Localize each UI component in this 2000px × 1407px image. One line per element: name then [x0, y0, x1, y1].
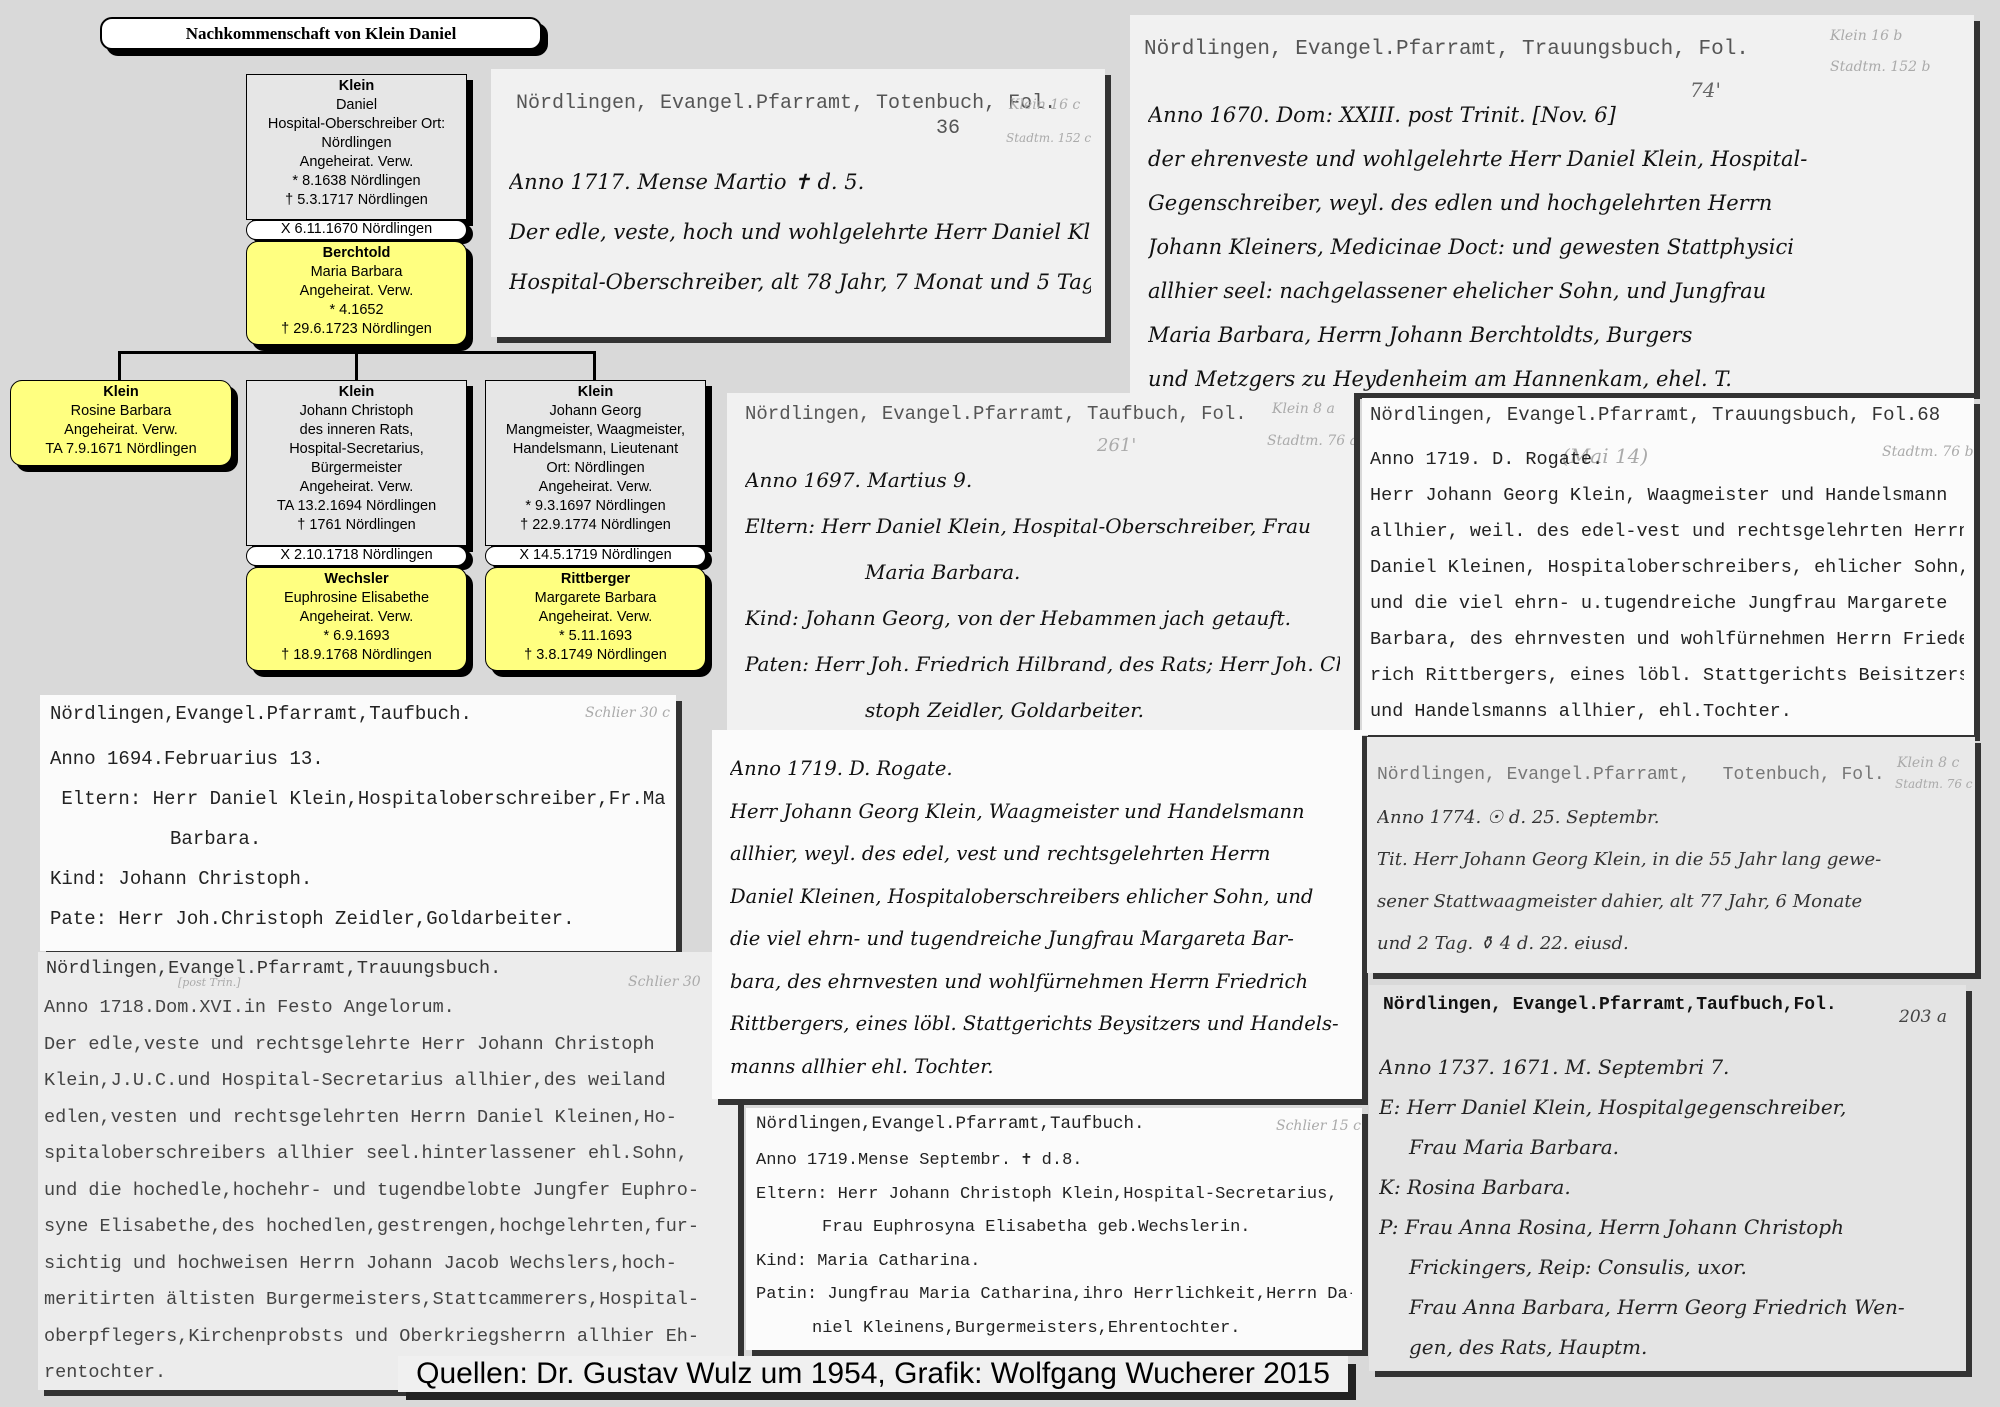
- text-line: Pate: Herr Joh.Christoph Zeidler,Goldarb…: [50, 899, 666, 939]
- document-taufbuch-1671: Nördlingen, Evangel.Pfarramt,Taufbuch,Fo…: [1369, 985, 1966, 1371]
- document-header: Nördlingen, Evangel.Pfarramt,Taufbuch,Fo…: [1383, 995, 1837, 1015]
- document-text: Anno 1718.Dom.XVI.in Festo Angelorum. De…: [44, 990, 728, 1390]
- text-line: und die hochedle,hochehr- und tugendbelo…: [44, 1173, 728, 1210]
- archive-note: Schlier 30: [628, 974, 701, 990]
- text-line: Frickingers, Reip: Consulis, uxor.: [1379, 1247, 1952, 1287]
- text-line: rich Rittbergers, eines löbl. Stattgeric…: [1370, 658, 1964, 694]
- text-line: Kind: Johann Christoph.: [50, 859, 666, 899]
- text-line: Herr Johann Georg Klein, Waagmeister und…: [1370, 478, 1964, 514]
- person-line: Bürgermeister: [247, 459, 466, 478]
- document-header: Nördlingen, Evangel.Pfarramt, Totenbuch,…: [516, 92, 1056, 115]
- surname: Rittberger: [486, 570, 705, 589]
- person-line: Nördlingen: [247, 134, 466, 153]
- text-line: Maria Barbara, Herrn Johann Berchtoldts,…: [1148, 313, 1960, 357]
- document-folio: 36: [936, 117, 960, 140]
- person-line: † 18.9.1768 Nördlingen: [247, 646, 466, 665]
- text-line: und 2 Tag. ⚱ 4 d. 22. eiusd.: [1377, 923, 1961, 965]
- text-line: Frau Maria Barbara.: [1379, 1127, 1952, 1167]
- person-line: Handelsmann, Lieutenant: [486, 440, 705, 459]
- text-line: und Metzgers zu Heydenheim am Hannenkam,…: [1148, 357, 1960, 393]
- text-line: Patin: Jungfrau Maria Catharina,ihro Her…: [756, 1278, 1352, 1312]
- text-line: und Handelsmanns allhier, ehl.Tochter.: [1370, 694, 1964, 730]
- document-header: Nördlingen,Evangel.Pfarramt,Trauungsbuch…: [46, 958, 501, 979]
- document-header: Nördlingen, Evangel.Pfarramt, Totenbuch,…: [1377, 765, 1885, 785]
- document-totenbuch-1717: Nördlingen, Evangel.Pfarramt, Totenbuch,…: [491, 69, 1105, 337]
- text-line: Anno 1697. Martius 9.: [745, 457, 1340, 503]
- text-line: Eltern: Herr Daniel Klein, Hospital-Ober…: [745, 503, 1340, 549]
- document-text: Anno 1670. Dom: XXIII. post Trinit. [Nov…: [1148, 93, 1960, 393]
- text-line: K: Rosina Barbara.: [1379, 1167, 1952, 1207]
- text-line: Anno 1694.Februarius 13.: [50, 739, 666, 779]
- archive-note: Klein 8 c: [1897, 755, 1959, 771]
- text-line: Barbara.: [50, 819, 666, 859]
- text-line: Der edle, veste, hoch und wohlgelehrte H…: [509, 207, 1091, 257]
- text-line: meritirten ältisten Burgermeisters,Statt…: [44, 1282, 728, 1319]
- text-line: Der edle,veste und rechtsgelehrte Herr J…: [44, 1027, 728, 1064]
- document-header: Nördlingen,Evangel.Pfarramt,Taufbuch.: [756, 1114, 1145, 1134]
- person-line: † 29.6.1723 Nördlingen: [247, 320, 466, 339]
- text-line: Anno 1718.Dom.XVI.in Festo Angelorum.: [44, 990, 728, 1027]
- text-line: P: Frau Anna Rosina, Herrn Johann Christ…: [1379, 1207, 1952, 1247]
- text-line: Kind: Johann Georg, von der Hebammen jac…: [745, 595, 1340, 641]
- surname: Klein: [486, 383, 705, 402]
- text-line: Hospital-Oberschreiber, alt 78 Jahr, 7 M…: [509, 257, 1091, 307]
- archive-note: [post Trin.]: [178, 976, 241, 989]
- person-line: Margarete Barbara: [486, 589, 705, 608]
- person-line: * 8.1638 Nördlingen: [247, 172, 466, 191]
- person-line: Johann Christoph: [247, 402, 466, 421]
- document-text: Anno 1737. 1671. M. Septembri 7. E: Herr…: [1379, 1047, 1952, 1367]
- document-folio: 261': [1097, 435, 1136, 456]
- document-text: Anno 1719. D. Rogate. Herr Johann Georg …: [1370, 442, 1964, 730]
- text-line: Rittbergers, eines löbl. Stattgerichts B…: [730, 1003, 1348, 1046]
- archive-note: Klein 16 c: [1009, 97, 1080, 113]
- text-line: allhier, weyl. des edel, vest und rechts…: [730, 833, 1348, 876]
- document-text: Anno 1719. D. Rogate. Herr Johann Georg …: [730, 748, 1348, 1088]
- document-text: Anno 1717. Mense Martio ✝ d. 5. Der edle…: [509, 157, 1091, 307]
- text-line: stoph Zeidler, Goldarbeiter.: [745, 687, 1340, 733]
- document-text: Anno 1694.Februarius 13. Eltern: Herr Da…: [50, 739, 666, 939]
- text-line: Johann Kleiners, Medicinae Doct: und gew…: [1148, 225, 1960, 269]
- person-box-johann-christoph-klein[interactable]: Klein Johann Christoph des inneren Rats,…: [246, 380, 467, 546]
- person-line: TA 13.2.1694 Nördlingen: [247, 497, 466, 516]
- person-line: Ort: Nördlingen: [486, 459, 705, 478]
- text-line: Eltern: Herr Johann Christoph Klein,Hosp…: [756, 1178, 1352, 1212]
- person-line: des inneren Rats,: [247, 421, 466, 440]
- text-line: Eltern: Herr Daniel Klein,Hospitalobersc…: [50, 779, 666, 819]
- document-header: Nördlingen, Evangel.Pfarramt, Trauungsbu…: [1144, 38, 1749, 61]
- text-line: oberpflegers,Kirchenprobsts und Oberkrie…: [44, 1319, 728, 1356]
- document-text: Anno 1697. Martius 9. Eltern: Herr Danie…: [745, 457, 1340, 733]
- marriage-pill-johann-georg: X 14.5.1719 Nördlingen: [485, 546, 706, 566]
- document-taufbuch-1694: Nördlingen,Evangel.Pfarramt,Taufbuch. Sc…: [40, 695, 676, 951]
- person-line: Angeheirat. Verw.: [247, 478, 466, 497]
- person-line: Mangmeister, Waagmeister,: [486, 421, 705, 440]
- archive-note: Klein 16 b: [1830, 28, 1902, 44]
- person-line: Hospital-Secretarius,: [247, 440, 466, 459]
- text-line: syne Elisabethe,des hochedlen,gestrengen…: [44, 1209, 728, 1246]
- text-line: Gegenschreiber, weyl. des edlen und hoch…: [1148, 181, 1960, 225]
- marriage-pill-johann-christoph: X 2.10.1718 Nördlingen: [246, 546, 467, 566]
- person-box-rosine-barbara-klein[interactable]: Klein Rosine Barbara Angeheirat. Verw. T…: [10, 380, 232, 466]
- document-totenbuch-1774: Nördlingen, Evangel.Pfarramt, Totenbuch,…: [1367, 737, 1975, 973]
- connector-line: [593, 351, 596, 381]
- person-line: † 22.9.1774 Nördlingen: [486, 516, 705, 535]
- document-folio: 203 a: [1899, 1007, 1947, 1027]
- person-box-daniel-klein[interactable]: Klein Daniel Hospital-Oberschreiber Ort:…: [246, 74, 467, 220]
- text-line: Klein,J.U.C.und Hospital-Secretarius all…: [44, 1063, 728, 1100]
- connector-line: [355, 351, 358, 381]
- surname: Wechsler: [247, 570, 466, 589]
- sources-caption: Quellen: Dr. Gustav Wulz um 1954, Grafik…: [398, 1356, 1348, 1392]
- document-trauungsbuch-1718: Nördlingen,Evangel.Pfarramt,Trauungsbuch…: [38, 952, 738, 1390]
- archive-note: Klein 8 a: [1272, 401, 1335, 417]
- text-line: der ehrenveste und wohlgelehrte Herr Dan…: [1148, 137, 1960, 181]
- person-line: Angeheirat. Verw.: [247, 282, 466, 301]
- person-line: Angeheirat. Verw.: [247, 608, 466, 627]
- text-line: Anno 1737. 1671. M. Septembri 7.: [1379, 1047, 1952, 1087]
- document-text: Anno 1774. ☉ d. 25. Septembr. Tit. Herr …: [1377, 797, 1961, 965]
- person-line: Angeheirat. Verw.: [11, 421, 231, 440]
- surname: Klein: [247, 383, 466, 402]
- document-header: Nördlingen,Evangel.Pfarramt,Taufbuch.: [50, 703, 472, 725]
- text-line: Paten: Herr Joh. Friedrich Hilbrand, des…: [745, 641, 1340, 687]
- text-line: Herr Johann Georg Klein, Waagmeister und…: [730, 791, 1348, 834]
- person-line: * 4.1652: [247, 301, 466, 320]
- person-line: Hospital-Oberschreiber Ort:: [247, 115, 466, 134]
- person-box-maria-barbara-berchtold[interactable]: Berchtold Maria Barbara Angeheirat. Verw…: [246, 241, 467, 345]
- text-line: Anno 1719. D. Rogate.: [730, 748, 1348, 791]
- document-header: Nördlingen, Evangel.Pfarramt, Taufbuch, …: [745, 403, 1247, 425]
- text-line: spitaloberschreibers allhier seel.hinter…: [44, 1136, 728, 1173]
- person-line: * 9.3.1697 Nördlingen: [486, 497, 705, 516]
- person-line: Angeheirat. Verw.: [486, 608, 705, 627]
- document-header: Nördlingen, Evangel.Pfarramt, Trauungsbu…: [1370, 404, 1940, 426]
- connector-line: [118, 351, 121, 381]
- chart-title: Nachkommenschaft von Klein Daniel: [100, 17, 542, 50]
- surname: Klein: [247, 77, 466, 96]
- person-line: * 5.11.1693: [486, 627, 705, 646]
- document-trauungsbuch-1719-typed: Nördlingen, Evangel.Pfarramt, Trauungsbu…: [1362, 398, 1974, 735]
- text-line: Anno 1719.Mense Septembr. ✝ d.8.: [756, 1144, 1352, 1178]
- text-line: sichtig und hochweisen Herrn Johann Jaco…: [44, 1246, 728, 1283]
- text-line: Daniel Kleinen, Hospitaloberschreibers, …: [1370, 550, 1964, 586]
- document-taufbuch-1719: Nördlingen,Evangel.Pfarramt,Taufbuch. Sc…: [746, 1108, 1362, 1350]
- surname: Klein: [11, 383, 231, 402]
- text-line: edlen,vesten und rechtsgelehrten Herrn D…: [44, 1100, 728, 1137]
- archive-note: Stadtm. 76 a: [1267, 433, 1354, 449]
- person-line: † 5.3.1717 Nördlingen: [247, 191, 466, 210]
- person-line: TA 7.9.1671 Nördlingen: [11, 440, 231, 459]
- text-line: manns allhier ehl. Tochter.: [730, 1046, 1348, 1089]
- text-line: Anno 1670. Dom: XXIII. post Trinit. [Nov…: [1148, 93, 1960, 137]
- person-line: † 3.8.1749 Nördlingen: [486, 646, 705, 665]
- person-line: Angeheirat. Verw.: [486, 478, 705, 497]
- person-box-euphrosine-elisabethe-wechsler[interactable]: Wechsler Euphrosine Elisabethe Angeheira…: [246, 567, 467, 671]
- person-line: Angeheirat. Verw.: [247, 153, 466, 172]
- text-line: gen, des Rats, Hauptm.: [1379, 1327, 1952, 1367]
- text-line: Anno 1719. D. Rogate.: [1370, 442, 1964, 478]
- document-trauungsbuch-1670: Nördlingen, Evangel.Pfarramt, Trauungsbu…: [1130, 15, 1974, 393]
- document-text: Anno 1719.Mense Septembr. ✝ d.8. Eltern:…: [756, 1144, 1352, 1345]
- text-line: bara, des ehrnvesten und wohlfürnehmen H…: [730, 961, 1348, 1004]
- person-box-margarete-barbara-rittberger[interactable]: Rittberger Margarete Barbara Angeheirat.…: [485, 567, 706, 671]
- text-line: Tit. Herr Johann Georg Klein, in die 55 …: [1377, 839, 1961, 881]
- text-line: Kind: Maria Catharina.: [756, 1245, 1352, 1279]
- text-line: sener Stattwaagmeister dahier, alt 77 Ja…: [1377, 881, 1961, 923]
- archive-note: Stadtm. 152 c: [1006, 131, 1091, 145]
- person-box-johann-georg-klein[interactable]: Klein Johann Georg Mangmeister, Waagmeis…: [485, 380, 706, 546]
- text-line: Maria Barbara.: [745, 549, 1340, 595]
- person-line: Maria Barbara: [247, 263, 466, 282]
- document-taufbuch-1697: Nördlingen, Evangel.Pfarramt, Taufbuch, …: [727, 393, 1354, 735]
- person-line: * 6.9.1693: [247, 627, 466, 646]
- text-line: niel Kleinens,Burgermeisters,Ehrentochte…: [756, 1312, 1352, 1346]
- document-trauungsbuch-1719-handwritten: Anno 1719. D. Rogate. Herr Johann Georg …: [712, 730, 1362, 1099]
- person-line: Euphrosine Elisabethe: [247, 589, 466, 608]
- archive-note: Stadtm. 152 b: [1830, 59, 1930, 75]
- person-line: Rosine Barbara: [11, 402, 231, 421]
- archive-note: Stadtm. 76 c: [1895, 777, 1973, 791]
- text-line: E: Herr Daniel Klein, Hospitalgegenschre…: [1379, 1087, 1952, 1127]
- text-line: die viel ehrn- und tugendreiche Jungfrau…: [730, 918, 1348, 961]
- archive-note: Schlier 15 c: [1276, 1118, 1361, 1134]
- text-line: Frau Anna Barbara, Herrn Georg Friedrich…: [1379, 1287, 1952, 1327]
- text-line: Frau Euphrosyna Elisabetha geb.Wechsleri…: [756, 1211, 1352, 1245]
- text-line: Anno 1774. ☉ d. 25. Septembr.: [1377, 797, 1961, 839]
- text-line: allhier seel: nachgelassener ehelicher S…: [1148, 269, 1960, 313]
- person-line: † 1761 Nördlingen: [247, 516, 466, 535]
- text-line: Barbara, des ehrnvesten und wohlfürnehme…: [1370, 622, 1964, 658]
- marriage-pill-daniel: X 6.11.1670 Nördlingen: [246, 220, 467, 240]
- text-line: allhier, weil. des edel-vest und rechtsg…: [1370, 514, 1964, 550]
- person-line: Daniel: [247, 96, 466, 115]
- person-line: Johann Georg: [486, 402, 705, 421]
- archive-note: Schlier 30 c: [585, 705, 670, 721]
- text-line: Daniel Kleinen, Hospitaloberschreibers e…: [730, 876, 1348, 919]
- text-line: und die viel ehrn- u.tugendreiche Jungfr…: [1370, 586, 1964, 622]
- text-line: Anno 1717. Mense Martio ✝ d. 5.: [509, 157, 1091, 207]
- surname: Berchtold: [247, 244, 466, 263]
